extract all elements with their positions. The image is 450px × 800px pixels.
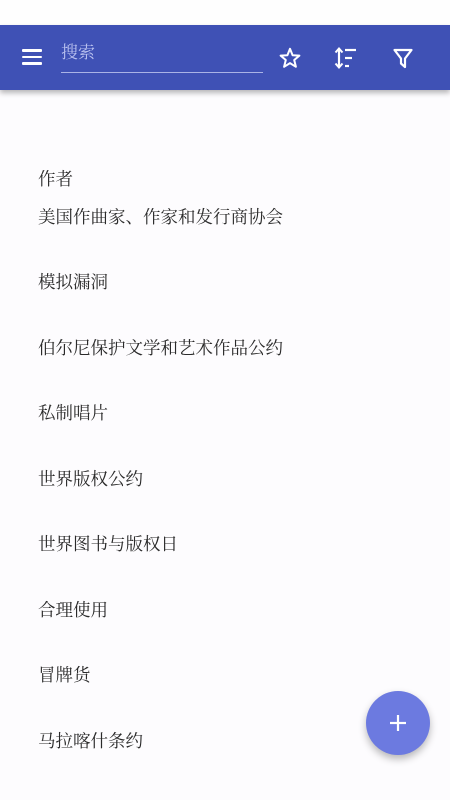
status-bar bbox=[0, 0, 450, 25]
hamburger-menu-icon bbox=[22, 49, 42, 52]
list-item[interactable]: 美国作曲家、作家和发行商协会 bbox=[0, 184, 450, 250]
list-item[interactable]: 伯尔尼保护文学和艺术作品公约 bbox=[0, 315, 450, 381]
hamburger-line bbox=[22, 56, 42, 59]
sort-icon bbox=[333, 45, 359, 71]
hamburger-line bbox=[22, 62, 42, 65]
entry-list: 作者 美国作曲家、作家和发行商协会 模拟漏洞 伯尔尼保护文学和艺术作品公约 私制… bbox=[0, 90, 450, 773]
menu-button[interactable] bbox=[20, 45, 46, 69]
sort-button[interactable] bbox=[332, 44, 360, 72]
list-item[interactable]: 作者 bbox=[0, 118, 450, 184]
list-item[interactable]: 合理使用 bbox=[0, 577, 450, 643]
list-item[interactable]: 私制唱片 bbox=[0, 380, 450, 446]
search-field bbox=[61, 35, 263, 73]
list-item[interactable]: 世界图书与版权日 bbox=[0, 511, 450, 577]
search-input[interactable] bbox=[61, 35, 263, 71]
plus-icon bbox=[387, 712, 409, 734]
star-outline-icon bbox=[278, 46, 302, 70]
filter-button[interactable] bbox=[389, 44, 417, 72]
list-item[interactable]: 世界版权公约 bbox=[0, 446, 450, 512]
favorites-button[interactable] bbox=[276, 44, 304, 72]
filter-icon bbox=[391, 46, 415, 70]
list-item[interactable]: 模拟漏洞 bbox=[0, 249, 450, 315]
add-button[interactable] bbox=[366, 691, 430, 755]
toolbar bbox=[0, 25, 450, 90]
